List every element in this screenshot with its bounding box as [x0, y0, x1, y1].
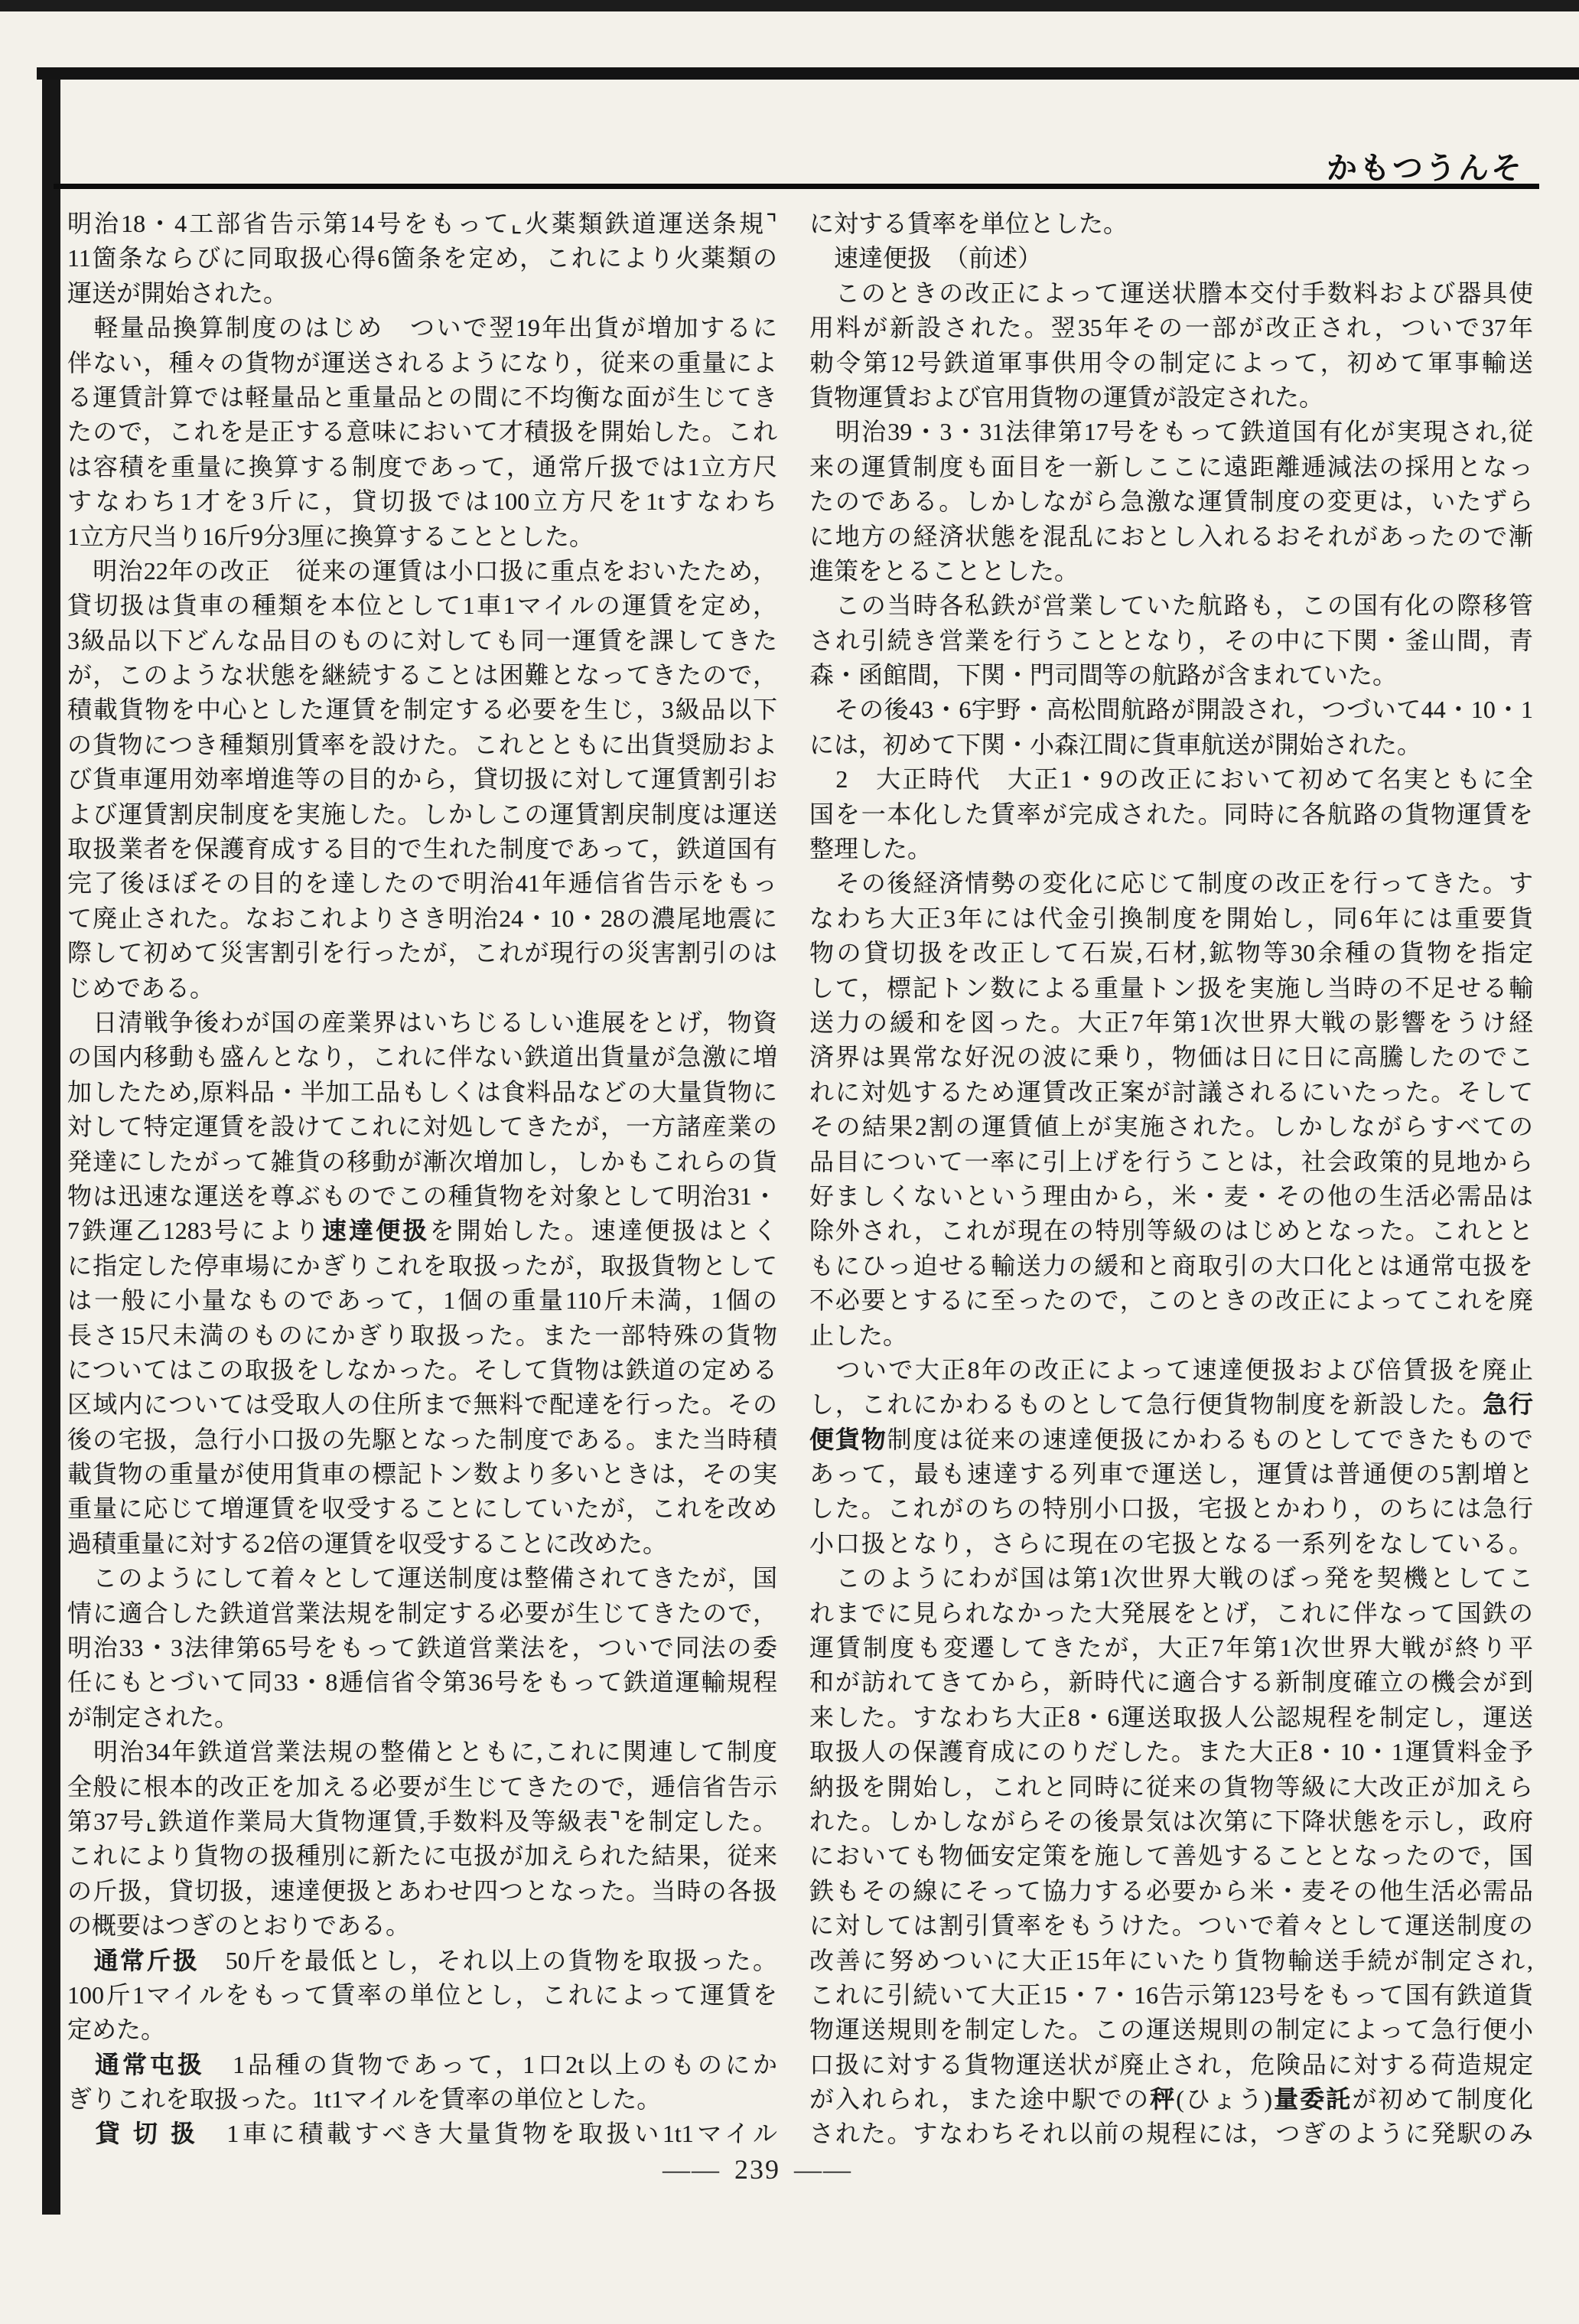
text-line: 品目について一率に引上げを行うことは，社会政策的見地から — [809, 1145, 1533, 1179]
text-line: の貨物につき種類別賃率を設けた。これとともに出貨奨励およ — [67, 728, 777, 762]
text-line: 情に適合した鉄道営業法規を制定する必要が生じてきたので， — [67, 1596, 777, 1631]
text-line: 完了後ほぼその目的を達したので明治41年逓信省告示をもっ — [67, 866, 777, 901]
text-line: 好ましくないという理由から，米・麦・その他の生活必需品は — [809, 1179, 1533, 1214]
text-line: 国を一本化した賃率が完成された。同時に各航路の貨物運賃を — [809, 797, 1533, 832]
text-line: 来の運賃制度も面目を一新しここに遠距離逓減法の採用となっ — [809, 450, 1533, 484]
text-line: 明治39・3・31法律第17号をもって鉄道国有化が実現され,従 — [809, 415, 1533, 449]
text-line: が，このような状態を継続することは困難となってきたので， — [67, 658, 777, 693]
scanned-page: かもつうんそ 明治18・4工部省告示第14号をもって⌞火薬類鉄道運送条規⌝11箇… — [0, 0, 1579, 2324]
text-line: 明治22年の改正 従来の運賃は小口扱に重点をおいたため， — [67, 554, 777, 588]
running-head-title: かもつうんそ — [1327, 144, 1524, 187]
text-line: 長さ15尺未満のものにかぎり取扱った。また一部特殊の貨物 — [67, 1318, 777, 1353]
text-line: 勅令第12号鉄道軍事供用令の制定によって，初めて軍事輸送 — [809, 346, 1533, 380]
text-line: 貸切扱は貨車の種類を本位として1車1マイルの運賃を定め， — [67, 588, 777, 623]
text-line: 通常斤扱 50斤を最低とし，それ以上の貨物を取扱った。 — [67, 1944, 777, 1978]
text-line: あって，最も速達する列車で運送し，運賃は普通便の5割増と — [809, 1457, 1533, 1491]
text-line: 貨物運賃および官用貨物の運賃が設定された。 — [809, 380, 1533, 415]
text-line: 速達便扱 （前述） — [809, 241, 1533, 275]
text-line: 明治33・3法律第65号をもって鉄道営業法を，ついで同法の委 — [67, 1631, 777, 1665]
text-line: が制定された。 — [67, 1700, 777, 1735]
text-line: よび運賃割戻制度を実施した。しかしこの運賃割戻制度は運送 — [67, 797, 777, 832]
text-line: この当時各私鉄が営業していた航路も，この国有化の際移管 — [809, 588, 1533, 623]
text-line: 7鉄運乙1283号により速達便扱を開始した。速達便扱はとく — [67, 1214, 777, 1248]
text-line: 便貨物制度は従来の速達便扱にかわるものとしてできたもので — [809, 1423, 1533, 1457]
text-line: もにひっ迫せる輸送力の緩和と商取引の大口化とは通常屯扱を — [809, 1249, 1533, 1283]
text-line: には，初めて下関・小森江間に貨車航送が開始された。 — [809, 728, 1533, 762]
text-line: たのである。しかしながら急激な運賃制度の変更は，いたずら — [809, 484, 1533, 519]
text-line: についてはこの取扱をしなかった。そして貨物は鉄道の定める — [67, 1353, 777, 1387]
text-line: 貸 切 扱 1車に積載すべき大量貨物を取扱い1t1マイル — [67, 2117, 777, 2151]
scan-spine-shadow-bar — [42, 80, 60, 2215]
text-line: 任にもとづいて同33・8逓信省令第36号をもって鉄道運輸規程 — [67, 1665, 777, 1700]
text-line: 11箇条ならびに同取扱心得6箇条を定め，これにより火薬類の — [67, 241, 777, 275]
text-line: 不必要とするに至ったので，このときの改正によってこれを廃 — [809, 1283, 1533, 1318]
text-line: これに引続いて大正15・7・16告示第123号をもって国有鉄道貨 — [809, 1978, 1533, 2013]
text-line: 除外され，これが現在の特別等級のはじめとなった。これとと — [809, 1214, 1533, 1248]
text-line: され引続き営業を行うこととなり，その中に下関・釜山間，青 — [809, 624, 1533, 658]
text-line: 1立方尺当り16斤9分3厘に換算することとした。 — [67, 520, 777, 554]
text-line: 運送が開始された。 — [67, 276, 777, 311]
text-line: に指定した停車場にかぎりこれを取扱ったが，取扱貨物として — [67, 1249, 777, 1283]
text-line: 明治34年鉄道営業法規の整備とともに,これに関連して制度 — [67, 1735, 777, 1769]
text-line: 物運送規則を制定した。この運送規則の制定によって急行便小 — [809, 2013, 1533, 2047]
text-line: 納扱を開始し，これと同時に従来の貨物等級に大改正が加えら — [809, 1770, 1533, 1804]
text-line: 改善に努めついに大正15年にいたり貨物輸送手続が制定され, — [809, 1944, 1533, 1978]
text-line: ついで大正8年の改正によって速達便扱および倍賃扱を廃止 — [809, 1353, 1533, 1387]
text-line: 日清戦争後わが国の産業界はいちじるしい進展をとげ，物資 — [67, 1006, 777, 1040]
text-line: 定めた。 — [67, 2013, 777, 2047]
text-line: このようにして着々として運送制度は整備されてきたが，国 — [67, 1561, 777, 1596]
text-line: このようにわが国は第1次世界大戦のぼっ発を契機としてこ — [809, 1561, 1533, 1596]
text-line: 過積重量に対する2倍の運賃を収受することに改めた。 — [67, 1527, 777, 1561]
page-number: 239 — [734, 2154, 780, 2185]
text-line: に地方の経済状態を混乱におとし入れるおそれがあったので漸 — [809, 520, 1533, 554]
text-line: 軽量品換算制度のはじめ ついで翌19年出貨が増加するに — [67, 311, 777, 345]
header-rule — [54, 184, 1539, 189]
text-line: これにより貨物の扱種別に新たに屯扱が加えられた結果，従来 — [67, 1839, 777, 1873]
text-line: 物の貸切扱を改正して石炭,石材,鉱物等30余種の貨物を指定 — [809, 936, 1533, 970]
footer-dash-left: ―― — [663, 2154, 721, 2185]
scan-edge-top — [0, 0, 1579, 11]
page-number-footer: ――239―― — [0, 2153, 1515, 2185]
text-line: じめである。 — [67, 971, 777, 1006]
text-line: このときの改正によって運送状謄本交付手数料および器具使 — [809, 276, 1533, 311]
text-line: 和が訪れてきてから，新時代に適合する新制度確立の機会が到 — [809, 1665, 1533, 1700]
text-line: 載貨物の重量が使用貨車の標記トン数より多いときは，その実 — [67, 1457, 777, 1491]
text-line: 100斤1マイルをもって賃率の単位とし，これによって運賃を — [67, 1978, 777, 2013]
text-line: の斤扱，貸切扱，速達便扱とあわせ四つとなった。当時の各扱 — [67, 1874, 777, 1908]
text-line: 運賃制度も変遷してきたが，大正7年第1次世界大戦が終り平 — [809, 1631, 1533, 1665]
text-line: 止した。 — [809, 1318, 1533, 1353]
text-line: 取扱人の保護育成にのりだした。また大正8・10・1運賃料金予 — [809, 1735, 1533, 1769]
text-line: び貨車運用効率増進等の目的から，貸切扱に対して運賃割引お — [67, 762, 777, 797]
text-line: 発達にしたがって雑貨の移動が漸次増加し，しかもこれらの貨 — [67, 1145, 777, 1179]
text-line: の国内移動も盛んとなり，これに伴ない鉄道出貨量が急激に増 — [67, 1040, 777, 1074]
text-line: した。これがのちの特別小口扱，宅扱とかわり，のちには急行 — [809, 1491, 1533, 1526]
text-line: し，これにかわるものとして急行便貨物制度を新設した。急行 — [809, 1387, 1533, 1422]
text-line: 積載貨物を中心とした運賃を制定する必要を生じ，3級品以下 — [67, 693, 777, 727]
text-line: れまでに見られなかった大発展をとげ，これに伴なって国鉄の — [809, 1596, 1533, 1631]
text-line: 森・函館間，下関・門司間等の航路が含まれていた。 — [809, 658, 1533, 693]
text-line: 物は迅速な運送を尊ぶものでこの種貨物を対象として明治31・ — [67, 1179, 777, 1214]
text-line: 全般に根本的改正を加える必要が生じてきたので，逓信省告示 — [67, 1770, 777, 1804]
text-line: その後43・6宇野・高松間航路が開設され，つづいて44・10・1 — [809, 693, 1533, 727]
text-line: 取扱業者を保護育成する目的で生れた制度であって，鉄道国有 — [67, 832, 777, 866]
text-line: 後の宅扱，急行小口扱の先駆となった制度である。また当時積 — [67, 1423, 777, 1457]
text-line: の概要はつぎのとおりである。 — [67, 1908, 777, 1943]
text-line: された。すなわちそれ以前の規程には，つぎのように発駅のみ — [809, 2117, 1533, 2151]
text-line: 2 大正時代 大正1・9の改正において初めて名実ともに全 — [809, 762, 1533, 797]
text-line: 第37号⌞鉄道作業局大貨物運賃,手数料及等級表⌝を制定した。 — [67, 1804, 777, 1839]
text-line: 3級品以下どんな品目のものに対しても同一運賃を課してきた — [67, 624, 777, 658]
text-line: たので，これを是正する意味において才積扱を開始した。これ — [67, 415, 777, 449]
text-line: においても物価安定策を施して善処することとなったので，国 — [809, 1839, 1533, 1873]
text-line: に対する賃率を単位とした。 — [809, 207, 1533, 241]
text-line: して，標記トン数による重量トン扱を実施し当時の不足せる輸 — [809, 971, 1533, 1006]
text-line: て廃止された。なおこれよりさき明治24・10・28の濃尾地震に — [67, 901, 777, 936]
text-line: 来した。すなわち大正8・6運送取扱人公認規程を制定し，運送 — [809, 1700, 1533, 1735]
text-line: に対しては割引賃率をもうけた。ついで着々として運送制度の — [809, 1908, 1533, 1943]
text-column-left: 明治18・4工部省告示第14号をもって⌞火薬類鉄道運送条規⌝11箇条ならびに同取… — [67, 207, 777, 2152]
scan-top-black-bar — [37, 67, 1579, 80]
text-line: 際して初めて災害割引を行ったが，これが現行の災害割引のは — [67, 936, 777, 970]
text-line: 用料が新設された。翌35年その一部が改正され，ついで37年 — [809, 311, 1533, 345]
text-line: は一般に小量なものであって，1個の重量110斤未満，1個の — [67, 1283, 777, 1318]
text-line: が入れられ，また途中駅での秤(ひょう)量委託が初めて制度化 — [809, 2082, 1533, 2117]
text-line: ぎりこれを取扱った。1t1マイルを賃率の単位とした。 — [67, 2082, 777, 2117]
text-line: る運賃計算では軽量品と重量品との間に不均衡な面が生じてき — [67, 380, 777, 415]
footer-dash-right: ―― — [794, 2154, 852, 2185]
text-line: は容積を重量に換算する制度であって，通常斤扱では1立方尺 — [67, 450, 777, 484]
text-line: その後経済情勢の変化に応じて制度の改正を行ってきた。す — [809, 866, 1533, 901]
text-line: なわち大正3年には代金引換制度を開始し，同6年には重要貨 — [809, 901, 1533, 936]
text-line: その結果2割の運賃値上が実施された。しかしながらすべての — [809, 1110, 1533, 1144]
text-line: 進策をとることとした。 — [809, 554, 1533, 588]
text-line: 区域内については受取人の住所まで無料で配達を行った。その — [67, 1387, 777, 1422]
text-line: 加したため,原料品・半加工品もしくは食料品などの大量貨物に — [67, 1075, 777, 1110]
text-line: 明治18・4工部省告示第14号をもって⌞火薬類鉄道運送条規⌝ — [67, 207, 777, 241]
text-line: 口扱に対する貨物運送状が廃止され，危険品に対する荷造規定 — [809, 2048, 1533, 2082]
text-line: 伴ない，種々の貨物が運送されるようになり，従来の重量によ — [67, 346, 777, 380]
text-line: 対して特定運賃を設けてこれに対処してきたが，一方諸産業の — [67, 1110, 777, 1144]
text-line: れに対処するため運賃改正案が討議されるにいたった。そして — [809, 1075, 1533, 1110]
text-line: 鉄もその線にそって協力する必要から米・麦その他生活必需品 — [809, 1874, 1533, 1908]
text-line: 小口扱となり，さらに現在の宅扱となる一系列をなしている。 — [809, 1527, 1533, 1561]
text-line: 送力の緩和を図った。大正7年第1次世界大戦の影響をうけ経 — [809, 1006, 1533, 1040]
text-line: 通常屯扱 1品種の貨物であって，1口2t以上のものにか — [67, 2048, 777, 2082]
text-column-right: に対する賃率を単位とした。 速達便扱 （前述） このときの改正によって運送状謄本… — [809, 207, 1533, 2152]
text-line: 整理した。 — [809, 832, 1533, 866]
text-line: れた。しかしながらその後景気は次第に下降状態を示し，政府 — [809, 1804, 1533, 1839]
text-line: すなわち1才を3斤に，貸切扱では100立方尺を1tすなわち — [67, 484, 777, 519]
text-line: 済界は異常な好況の波に乗り，物価は日に日に高騰したのでこ — [809, 1040, 1533, 1074]
text-line: 重量に応じて増運賃を収受することにしていたが，これを改め — [67, 1491, 777, 1526]
